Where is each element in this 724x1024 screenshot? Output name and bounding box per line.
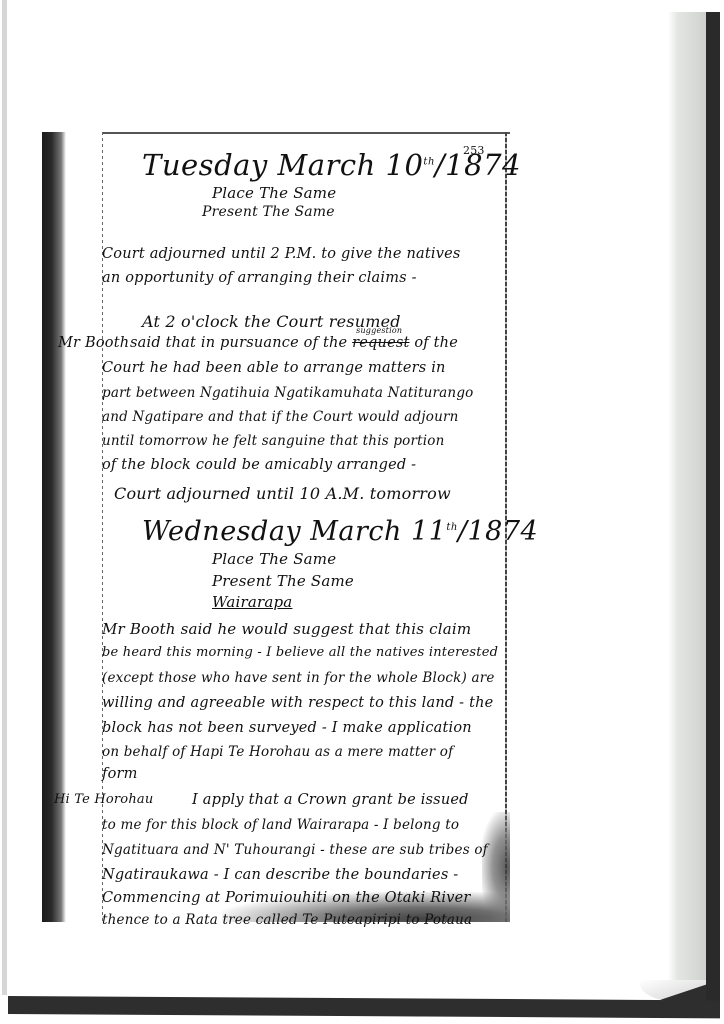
- text-line: willing and agreeable with respect to th…: [102, 695, 493, 711]
- text-line: (except those who have sent in for the w…: [102, 670, 495, 686]
- block-name: Wairarapa: [212, 593, 292, 611]
- interlinear-insertion: suggestion: [356, 326, 402, 335]
- place-line: Place The Same: [212, 184, 336, 202]
- text-line: part between Ngatihuia Ngatikamuhata Nat…: [102, 385, 474, 401]
- heading-date: 10: [386, 148, 424, 182]
- scan-right-shadow: [668, 12, 706, 1002]
- scan-smudge: [482, 812, 510, 922]
- present-line: Present The Same: [202, 204, 335, 220]
- text-line: Court adjourned until 2 P.M. to give the…: [102, 246, 461, 262]
- page-curl: [640, 980, 706, 1002]
- present-line: Present The Same: [212, 572, 354, 590]
- heading-day: Tuesday: [142, 148, 268, 182]
- scan-bottom-border: [8, 996, 720, 1018]
- text-line: thence to a Rata tree called Te Puteapir…: [102, 912, 472, 928]
- heading-year: 1874: [467, 516, 538, 547]
- scan-right-border: [706, 12, 720, 1012]
- speech-line-first: said that in pursuance of the request su…: [130, 335, 458, 351]
- ledger-sheet: 253 Tuesday March 10th/1874 Place The Sa…: [42, 132, 510, 922]
- heading-month: March: [310, 516, 402, 547]
- text-line: on behalf of Hapi Te Horohau as a mere m…: [102, 744, 453, 760]
- text-line: be heard this morning - I believe all th…: [102, 645, 498, 660]
- text-segment: of the: [414, 335, 458, 351]
- text-line: and Ngatipare and that if the Court woul…: [102, 409, 459, 425]
- text-line: Mr Booth said he would suggest that this…: [102, 620, 471, 638]
- heading-year: 1874: [445, 148, 521, 182]
- heading-date: 11: [411, 516, 446, 547]
- entry-heading-tuesday: Tuesday March 10th/1874: [142, 148, 521, 182]
- heading-date-suffix: th: [423, 156, 434, 167]
- text-line: an opportunity of arranging their claims…: [102, 270, 417, 286]
- text-line: to me for this block of land Wairarapa -…: [102, 817, 459, 833]
- struck-word: request: [352, 335, 409, 351]
- heading-day: Wednesday: [142, 516, 301, 547]
- heading-month: March: [278, 148, 376, 182]
- text-line: until tomorrow he felt sanguine that thi…: [102, 433, 445, 449]
- scan-left-edge: [2, 0, 7, 995]
- correction: request suggestion: [352, 335, 414, 351]
- text-line: Commencing at Porimuiouhiti on the Otaki…: [102, 890, 471, 906]
- text-line: form: [102, 766, 138, 782]
- text-line: Court he had been able to arrange matter…: [102, 360, 446, 376]
- entry-heading-wednesday: Wednesday March 11th/1874: [142, 516, 538, 547]
- margin-witness: Hi Te Horohau: [54, 792, 153, 807]
- sheet-top-border: [102, 132, 510, 134]
- margin-speaker: Mr Booth: [58, 335, 129, 351]
- text-line: I apply that a Crown grant be issued: [192, 792, 469, 808]
- text-segment: said that in pursuance of the: [130, 335, 347, 351]
- place-line: Place The Same: [212, 550, 336, 568]
- text-line: of the block could be amicably arranged …: [102, 457, 416, 473]
- text-line: Ngatituara and N' Tuhourangi - these are…: [102, 842, 488, 858]
- adjournment-line: Court adjourned until 10 A.M. tomorrow: [114, 484, 451, 503]
- scanned-page: 253 Tuesday March 10th/1874 Place The Sa…: [0, 0, 724, 1024]
- text-line: Ngatiraukawa - I can describe the bounda…: [102, 867, 458, 883]
- text-line: block has not been surveyed - I make app…: [102, 720, 472, 736]
- heading-date-suffix: th: [446, 522, 457, 533]
